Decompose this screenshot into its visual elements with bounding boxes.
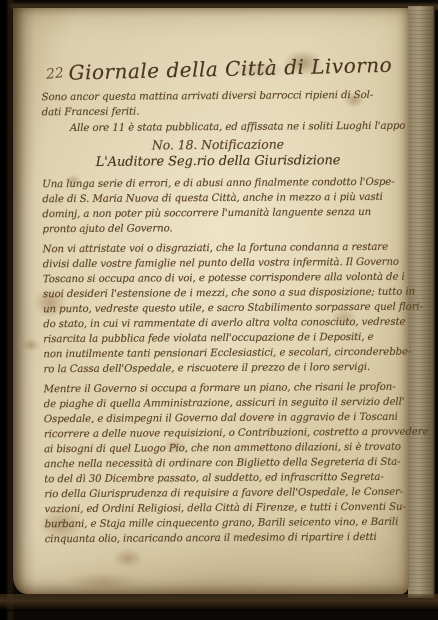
manuscript-page: 22 Giornale della Città di Livorno Sono … — [13, 8, 409, 594]
paragraph: Mentre il Governo si occupa a formare un… — [44, 380, 397, 547]
stain — [113, 548, 143, 568]
stain — [68, 573, 138, 591]
book-spine-edge — [0, 0, 14, 620]
paragraph: Una lunga serie di errori, e di abusi an… — [42, 175, 394, 237]
manuscript-line: cinquanta olio, incaricando ancora il me… — [45, 530, 397, 547]
photo-frame: 22 Giornale della Città di Livorno Sono … — [0, 0, 438, 620]
intro-paragraph: Sono ancor questa mattina arrivati diver… — [42, 88, 394, 120]
manuscript-line: dati Francesi feriti. — [42, 103, 394, 120]
manuscript-line: ro la Cassa dell'Ospedale, e riscuotere … — [43, 360, 395, 377]
journal-title: Giornale della Città di Livorno — [41, 48, 394, 91]
manuscript-line: dominj, a non poter più soccorrere l'uma… — [42, 205, 394, 222]
notice-heading: L'Auditore Seg.rio della Giurisdizione — [42, 152, 394, 172]
gutter-shadow — [13, 8, 35, 594]
manuscript-line: pronto ajuto del Governo. — [42, 220, 394, 237]
paragraph: Non vi attristate voi o disgraziati, che… — [43, 240, 396, 377]
book-bottom-edge — [0, 594, 438, 611]
manuscript-content: Giornale della Città di Livorno Sono anc… — [41, 51, 396, 547]
manuscript-line: Sono ancor questa mattina arrivati diver… — [42, 88, 394, 105]
publication-line: Alle ore 11 è stata pubblicata, ed affis… — [42, 119, 394, 136]
